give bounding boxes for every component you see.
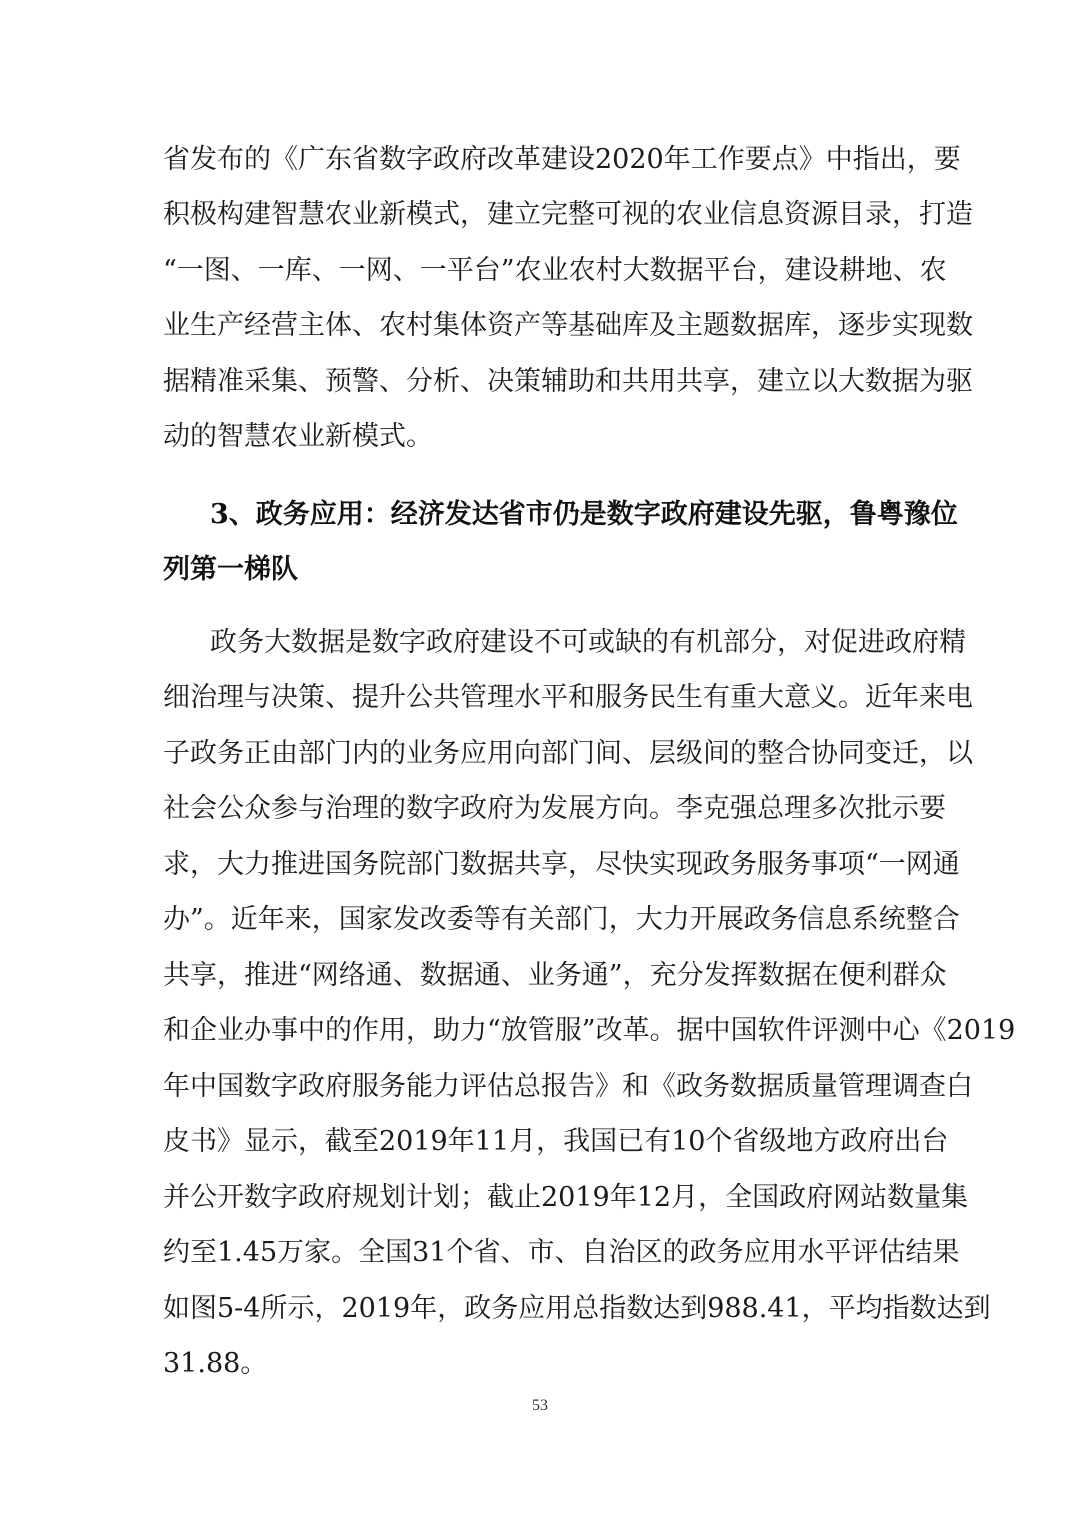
text-line: 细治理与决策、提升公共管理水平和服务民生有重大意义。近年来电 — [163, 680, 915, 716]
text-line: 省发布的《广东省数字政府改革建设2020年工作要点》中指出，要 — [163, 142, 915, 178]
text-line: 政务大数据是数字政府建设不可或缺的有机部分，对促进政府精 — [210, 625, 915, 661]
heading-line: 3、政务应用：经济发达省市仍是数字政府建设先驱，鲁粤豫位 — [210, 497, 915, 533]
text-line: “一图、一库、一网、一平台”农业农村大数据平台，建设耕地、农 — [163, 253, 915, 289]
text-line: 皮书》显示，截至2019年11月，我国已有10个省级地方政府出台 — [163, 1124, 915, 1160]
text-line: 如图5-4所示，2019年，政务应用总指数达到988.41，平均指数达到 — [163, 1291, 915, 1327]
text-line: 办”。近年来，国家发改委等有关部门，大力开展政务信息系统整合 — [163, 902, 915, 938]
text-line: 业生产经营主体、农村集体资产等基础库及主题数据库，逐步实现数 — [163, 308, 915, 344]
text-line: 和企业办事中的作用，助力“放管服”改革。据中国软件评测中心《2019 — [163, 1013, 915, 1049]
text-line: 求，大力推进国务院部门数据共享，尽快实现政务服务事项“一网通 — [163, 847, 915, 883]
text-line: 积极构建智慧农业新模式，建立完整可视的农业信息资源目录，打造 — [163, 197, 915, 233]
text-line: 共享，推进“网络通、数据通、业务通”，充分发挥数据在便利群众 — [163, 958, 915, 994]
text-line: 约至1.45万家。全国31个省、市、自治区的政务应用水平评估结果 — [163, 1235, 915, 1271]
text-line: 社会公众参与治理的数字政府为发展方向。李克强总理多次批示要 — [163, 791, 915, 827]
text-line: 据精准采集、预警、分析、决策辅助和共用共享，建立以大数据为驱 — [163, 364, 915, 400]
text-line: 年中国数字政府服务能力评估总报告》和《政务数据质量管理调查白 — [163, 1069, 915, 1105]
page-number: 53 — [0, 1397, 1080, 1415]
text-line: 31.88。 — [163, 1346, 915, 1382]
text-line: 并公开数字政府规划计划；截止2019年12月，全国政府网站数量集 — [163, 1180, 915, 1216]
document-page: 省发布的《广东省数字政府改革建设2020年工作要点》中指出，要 积极构建智慧农业… — [0, 0, 1080, 1527]
heading-line: 列第一梯队 — [163, 552, 915, 588]
text-line: 子政务正由部门内的业务应用向部门间、层级间的整合协同变迁，以 — [163, 736, 915, 772]
text-line: 动的智慧农业新模式。 — [163, 419, 915, 455]
